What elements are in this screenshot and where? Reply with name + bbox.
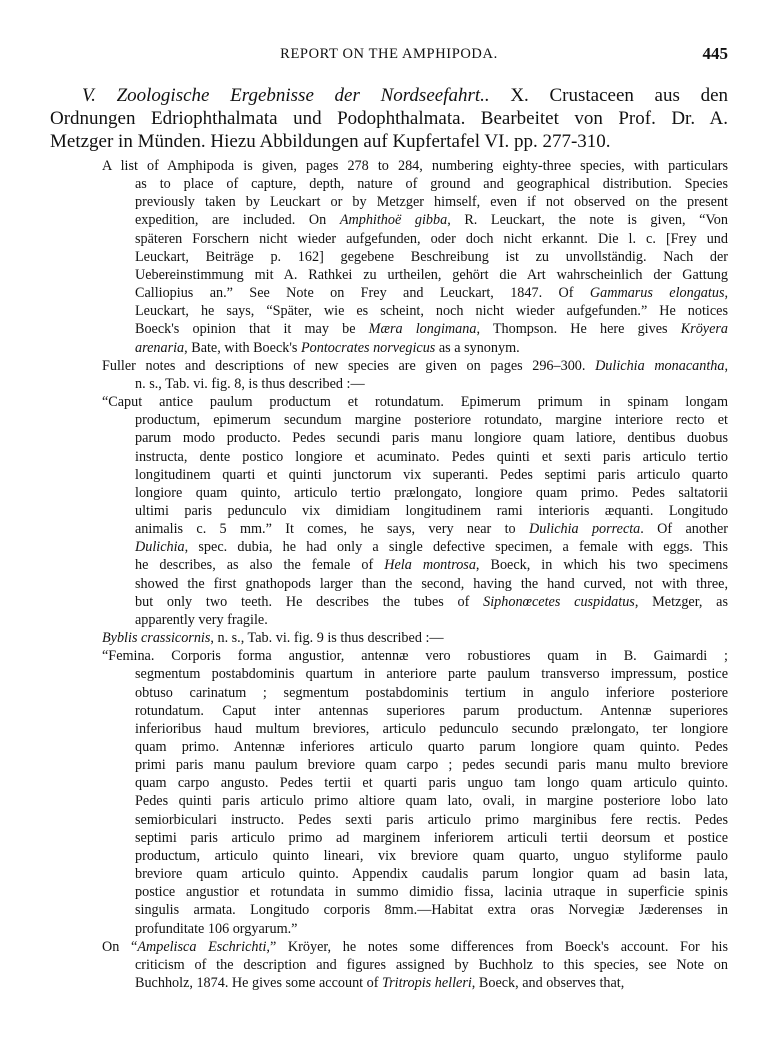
text-line: A list of Amphipoda is given, pages 278 … xyxy=(102,157,728,175)
text-line: previously taken by Leuckart or by Metzg… xyxy=(102,193,728,211)
text-line: expedition, are included. On Amphithoë g… xyxy=(102,211,728,229)
text-line: criticism of the description and figures… xyxy=(102,956,728,974)
text-line: Dulichia, spec. dubia, he had only a sin… xyxy=(102,538,728,556)
text-run: parum modo producto. Pedes secundi paris… xyxy=(135,430,728,446)
text-run: showed the first gnathopods larger than … xyxy=(135,576,728,592)
text-run: as a synonym. xyxy=(435,340,519,356)
text-run: septimi paris articulo primo ad marginem… xyxy=(135,830,728,846)
text-run: späteren Forschern nicht wieder aufgefun… xyxy=(135,231,728,247)
text-run: , xyxy=(724,358,728,374)
running-head: REPORT ON THE AMPHIPODA. 445 xyxy=(50,44,728,66)
text-line: ultimi paris pedunculo vix dimidiam long… xyxy=(102,502,728,520)
text-run: productum, articulo quinto lineari, vix … xyxy=(135,848,728,864)
italic-taxon-name: Ampelisca Eschrichti, xyxy=(137,939,270,955)
text-run: expedition, are included. On xyxy=(135,212,340,228)
text-run: , xyxy=(724,285,728,301)
text-line: longitudinem quarti et quinti junctorum … xyxy=(102,466,728,484)
text-run: , spec. dubia, he had only a single defe… xyxy=(185,539,728,555)
text-line: Metzger in Münden. Hiezu Abbildungen auf… xyxy=(50,130,728,153)
text-line: septimi paris articulo primo ad marginem… xyxy=(102,829,728,847)
text-line: späteren Forschern nicht wieder aufgefun… xyxy=(102,230,728,248)
text-line: Leuckart, he says, “Später, wie es schei… xyxy=(102,302,728,320)
text-run: previously taken by Leuckart or by Metzg… xyxy=(135,194,728,210)
italic-taxon-name: Gammarus elongatus xyxy=(590,285,725,301)
text-run: Boeck's opinion that it may be xyxy=(135,321,369,337)
text-run: , Thompson. He here gives xyxy=(476,321,680,337)
italic-taxon-name: Hela montrosa xyxy=(384,557,476,573)
text-run: primi paris manu paulum breviore quam ca… xyxy=(135,757,728,773)
text-run: Ordnungen Edriophthalmata und Podophthal… xyxy=(50,108,728,129)
italic-taxon-name: Dulichia porrecta xyxy=(529,521,640,537)
text-run: . Of another xyxy=(640,521,728,537)
text-run: rotundatum. Caput inter antennas superio… xyxy=(135,703,728,719)
text-run: segmentum postabdominis quartum in anter… xyxy=(135,666,728,682)
text-run: semiorbiculari instructo. Pedes sexti pa… xyxy=(135,812,728,828)
text-run: Pedes quinti paris articulo primo altior… xyxy=(135,793,728,809)
text-line: quam carpo angusto. Pedes tertii et quar… xyxy=(102,774,728,792)
text-run: animalis c. 5 mm.” It comes, he says, ve… xyxy=(135,521,529,537)
ampelisca-paragraph: On “Ampelisca Eschrichti,” Kröyer, he no… xyxy=(102,938,728,992)
text-run: but only two teeth. He describes the tub… xyxy=(135,594,483,610)
text-run: “Caput antice paulum productum et rotund… xyxy=(102,394,728,410)
text-line: semiorbiculari instructo. Pedes sexti pa… xyxy=(102,811,728,829)
text-line: postice angustior et rotundata in summo … xyxy=(102,883,728,901)
italic-taxon-name: V. Zoologische Ergebnisse der Nordseefah… xyxy=(82,85,490,106)
text-run: , R. Leuckart, the note is given, “Von xyxy=(447,212,728,228)
text-run: , Bate, with Boeck's xyxy=(184,340,301,356)
text-run: productum, epimerum secundum margine pos… xyxy=(135,412,728,428)
text-run: postice angustior et rotundata in summo … xyxy=(135,884,728,900)
text-line: Boeck's opinion that it may be Mæra long… xyxy=(102,320,728,338)
italic-taxon-name: Dulichia monacantha xyxy=(595,358,724,374)
italic-taxon-name: Byblis crassicornis xyxy=(102,630,210,646)
text-line: Pedes quinti paris articulo primo altior… xyxy=(102,792,728,810)
text-line: “Femina. Corporis forma angustior, anten… xyxy=(102,647,728,665)
text-run: , Metzger, as xyxy=(635,594,728,610)
text-line: apparently very fragile. xyxy=(102,611,728,629)
text-run: Uebereinstimmung mit A. Rathkei zu urthe… xyxy=(135,267,728,283)
italic-taxon-name: Pontocrates norvegicus xyxy=(301,340,435,356)
amphipoda-list-paragraph: A list of Amphipoda is given, pages 278 … xyxy=(102,157,728,357)
running-head-title: REPORT ON THE AMPHIPODA. xyxy=(50,46,728,63)
text-line: segmentum postabdominis quartum in anter… xyxy=(102,665,728,683)
text-line: n. s., Tab. vi. fig. 8, is thus describe… xyxy=(102,375,728,393)
text-run: , Boeck, and observes that, xyxy=(472,975,624,991)
text-run: singulis armata. Longitudo corporis 8mm.… xyxy=(135,902,728,918)
text-run: , Boeck, in which his two specimens xyxy=(476,557,728,573)
text-run: Calliopius an.” See Note on Frey and Leu… xyxy=(135,285,590,301)
text-run: n. s., Tab. vi. fig. 8, is thus describe… xyxy=(135,376,365,392)
new-species-paragraph: Fuller notes and descriptions of new spe… xyxy=(102,357,728,393)
text-run: Leuckart, Beiträge p. 162] gegebene Besc… xyxy=(135,249,728,265)
italic-taxon-name: Siphonœcetes cuspidatus xyxy=(483,594,635,610)
text-run: ” Kröyer, he notes some differences from… xyxy=(270,939,728,955)
text-run: inferioribus haud multum breviores, arti… xyxy=(135,721,728,737)
text-line: primi paris manu paulum breviore quam ca… xyxy=(102,756,728,774)
text-line: singulis armata. Longitudo corporis 8mm.… xyxy=(102,901,728,919)
text-line: instructa, dente postico longiore et acu… xyxy=(102,448,728,466)
text-run: instructa, dente postico longiore et acu… xyxy=(135,449,728,465)
text-line: Byblis crassicornis, n. s., Tab. vi. fig… xyxy=(102,629,728,647)
text-line: showed the first gnathopods larger than … xyxy=(102,575,728,593)
text-run: longitudinem quarti et quinti junctorum … xyxy=(135,467,728,483)
text-line: V. Zoologische Ergebnisse der Nordseefah… xyxy=(50,84,728,107)
citation-heading: V. Zoologische Ergebnisse der Nordseefah… xyxy=(50,84,728,153)
text-line: longiore quam quinto, articulo tertio pr… xyxy=(102,484,728,502)
text-line: he describes, as also the female of Hela… xyxy=(102,556,728,574)
text-line: obtuso carinatum ; segmentum postabdomin… xyxy=(102,684,728,702)
text-run: quam primo. Antennæ inferiores articulo … xyxy=(135,739,728,755)
text-run: obtuso carinatum ; segmentum postabdomin… xyxy=(135,685,728,701)
text-line: Buchholz, 1874. He gives some account of… xyxy=(102,974,728,992)
italic-taxon-name: Kröyera xyxy=(681,321,728,337)
text-run: criticism of the description and figures… xyxy=(135,957,728,973)
text-run: Leuckart, he says, “Später, wie es schei… xyxy=(135,303,728,319)
text-line: On “Ampelisca Eschrichti,” Kröyer, he no… xyxy=(102,938,728,956)
text-line: inferioribus haud multum breviores, arti… xyxy=(102,720,728,738)
text-line: Leuckart, Beiträge p. 162] gegebene Besc… xyxy=(102,248,728,266)
text-run: A list of Amphipoda is given, pages 278 … xyxy=(102,158,728,174)
text-run: “Femina. Corporis forma angustior, anten… xyxy=(102,648,728,664)
dulichia-description-quote: “Caput antice paulum productum et rotund… xyxy=(102,393,728,629)
text-line: Ordnungen Edriophthalmata und Podophthal… xyxy=(50,107,728,130)
text-line: Calliopius an.” See Note on Frey and Leu… xyxy=(102,284,728,302)
text-run: Fuller notes and descriptions of new spe… xyxy=(102,358,595,374)
text-run: longiore quam quinto, articulo tertio pr… xyxy=(135,485,728,501)
italic-taxon-name: Amphithoë gibba xyxy=(340,212,447,228)
text-line: animalis c. 5 mm.” It comes, he says, ve… xyxy=(102,520,728,538)
italic-taxon-name: arenaria xyxy=(135,340,184,356)
text-run: apparently very fragile. xyxy=(135,612,268,628)
text-run: , n. s., Tab. vi. fig. 9 is thus describ… xyxy=(210,630,443,646)
text-run: he describes, as also the female of xyxy=(135,557,384,573)
byblis-intro-paragraph: Byblis crassicornis, n. s., Tab. vi. fig… xyxy=(102,629,728,647)
text-run: Buchholz, 1874. He gives some account of xyxy=(135,975,382,991)
text-line: breviore quam articulo quinto. Appendix … xyxy=(102,865,728,883)
text-run: X. Crustaceen aus den xyxy=(490,85,728,106)
text-line: but only two teeth. He describes the tub… xyxy=(102,593,728,611)
text-line: quam primo. Antennæ inferiores articulo … xyxy=(102,738,728,756)
text-run: profunditate 106 orgyarum.” xyxy=(135,921,297,937)
italic-taxon-name: Dulichia xyxy=(135,539,185,555)
text-line: profunditate 106 orgyarum.” xyxy=(102,920,728,938)
text-run: as to place of capture, depth, nature of… xyxy=(135,176,728,192)
text-line: parum modo producto. Pedes secundi paris… xyxy=(102,429,728,447)
italic-taxon-name: Mæra longimana xyxy=(369,321,477,337)
text-run: Metzger in Münden. Hiezu Abbildungen auf… xyxy=(50,131,611,152)
text-line: Fuller notes and descriptions of new spe… xyxy=(102,357,728,375)
text-run: On “ xyxy=(102,939,137,955)
text-line: productum, articulo quinto lineari, vix … xyxy=(102,847,728,865)
byblis-description-quote: “Femina. Corporis forma angustior, anten… xyxy=(102,647,728,938)
text-run: breviore quam articulo quinto. Appendix … xyxy=(135,866,728,882)
text-line: productum, epimerum secundum margine pos… xyxy=(102,411,728,429)
text-line: “Caput antice paulum productum et rotund… xyxy=(102,393,728,411)
text-line: arenaria, Bate, with Boeck's Pontocrates… xyxy=(102,339,728,357)
italic-taxon-name: Tritropis helleri xyxy=(382,975,472,991)
body-text: A list of Amphipoda is given, pages 278 … xyxy=(102,157,728,992)
text-line: as to place of capture, depth, nature of… xyxy=(102,175,728,193)
page-number: 445 xyxy=(703,44,729,64)
text-run: ultimi paris pedunculo vix dimidiam long… xyxy=(135,503,728,519)
text-line: rotundatum. Caput inter antennas superio… xyxy=(102,702,728,720)
text-line: Uebereinstimmung mit A. Rathkei zu urthe… xyxy=(102,266,728,284)
text-run: quam carpo angusto. Pedes tertii et quar… xyxy=(135,775,728,791)
